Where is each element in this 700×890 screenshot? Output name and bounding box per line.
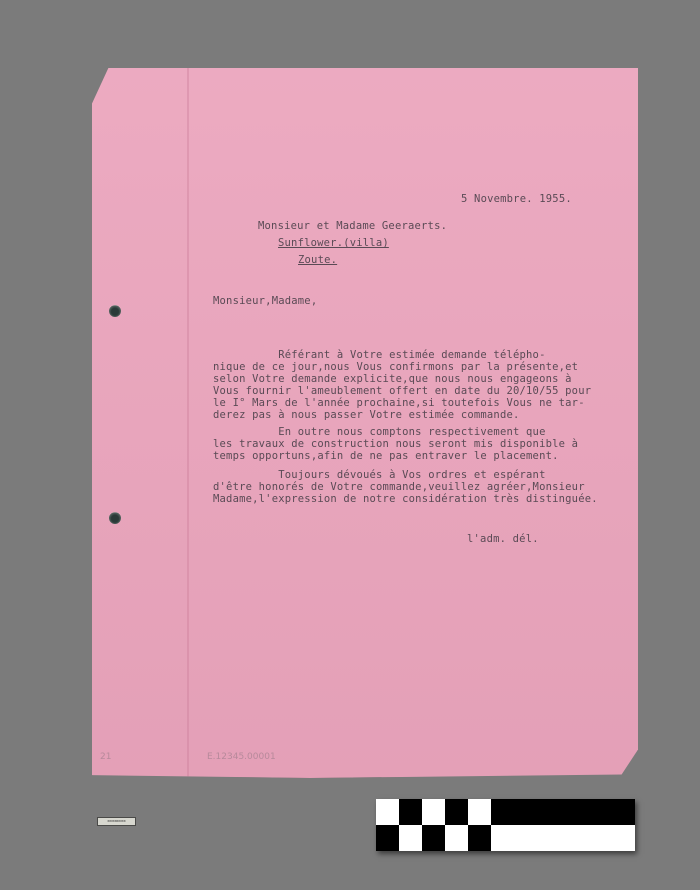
recipient-villa: Sunflower.(villa) — [278, 237, 389, 249]
scale-patch — [422, 825, 445, 851]
archive-label: 0000000000 — [97, 817, 136, 826]
recipient-town: Zoute. — [298, 254, 337, 266]
scale-patch — [399, 825, 422, 851]
scale-patch — [491, 825, 635, 851]
signature: l'adm. dél. — [467, 533, 539, 545]
archive-stamp: E.12345.00001 — [207, 752, 276, 762]
punch-hole-icon — [109, 512, 121, 524]
recipient-name: Monsieur et Madame Geeraerts. — [258, 220, 447, 232]
paragraph-2: En outre nous comptons respectivement qu… — [213, 426, 578, 462]
scale-patch — [422, 799, 445, 825]
scale-patch — [399, 799, 422, 825]
scale-patch — [491, 799, 635, 825]
paper-fold-line — [187, 68, 189, 778]
letter-page: 5 Novembre. 1955. Monsieur et Madame Gee… — [92, 68, 638, 778]
margin-note-number: 21 — [100, 752, 111, 762]
scale-patch — [445, 825, 468, 851]
punch-hole-icon — [109, 305, 121, 317]
paragraph-3: Toujours dévoués à Vos ordres et espéran… — [213, 469, 598, 505]
paragraph-1: Référant à Votre estimée demande télépho… — [213, 349, 591, 421]
scale-patch — [445, 799, 468, 825]
color-reference-scale — [376, 799, 635, 851]
scale-patch — [468, 799, 491, 825]
scale-patch — [468, 825, 491, 851]
scale-patch — [376, 799, 399, 825]
salutation: Monsieur,Madame, — [213, 295, 317, 307]
letter-date: 5 Novembre. 1955. — [461, 193, 572, 205]
scale-patch — [376, 825, 399, 851]
